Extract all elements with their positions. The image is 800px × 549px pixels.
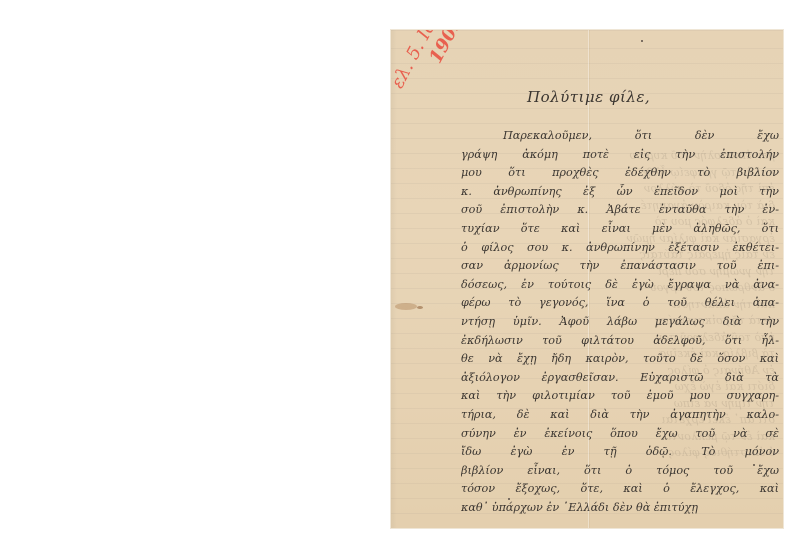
body-line: μου ὅτι προχθὲς ἐδέχθην τὸ βιβλίον <box>461 164 779 183</box>
body-line: Παρεκαλοῦμεν, ὅτι δὲν ἔχω <box>461 127 779 146</box>
body-line: τήρια, δὲ καὶ διὰ τὴν ἀγαπητὴν καλο- <box>461 406 779 425</box>
body-line: καθ᾿ ὑπάρχων ἐν ῾Ελλάδι δὲν θὰ ἐπιτύχῃ <box>461 499 779 518</box>
body-line: κ. ἀνθρωπίνης ἐξ ὧν ἐπεῖδον μοὶ τὴν <box>461 183 779 202</box>
body-line: ὁ φίλος σου κ. ἀνθρωπίνην ἐξέτασιν ἐκθέτ… <box>461 239 779 258</box>
ink-speck <box>508 498 510 500</box>
body-line: ἐκδήλωσιν τοῦ φιλτάτου ἀδελφοῦ, ὅτι ἦλ- <box>461 332 779 351</box>
paper-stain <box>417 306 423 309</box>
document-viewer: μεν ἐπιστολὴν τοῦ κυρίου καὶ ἐν τῷ γραφε… <box>0 0 800 549</box>
body-line: τόσον ἔξοχως, ὅτε, καὶ ὁ ἔλεγχος, καὶ <box>461 480 779 499</box>
body-line: ντήσῃ ὑμῖν. Ἀφοῦ λάβω μεγάλως διὰ τὴν <box>461 313 779 332</box>
ink-speck <box>753 464 755 466</box>
body-line: θε νὰ ἔχῃ ἤδη καιρὸν, τοῦτο δὲ ὅσον καὶ <box>461 350 779 369</box>
letter-body: Παρεκαλοῦμεν, ὅτι δὲν ἔχω γράψη ἀκόμη πο… <box>461 127 779 517</box>
body-line: γράψη ἀκόμη ποτὲ εἰς τὴν ἐπιστολήν <box>461 146 779 165</box>
body-line: καὶ τὴν φιλοτιμίαν τοῦ ἐμοῦ μου συγχαρη- <box>461 387 779 406</box>
body-line: σαν ἀρμονίως τὴν ἐπανάστασιν τοῦ ἐπι- <box>461 257 779 276</box>
body-line: σύνην ἐν ἐκείνοις ὅπου ἔχω τοῦ νὰ σὲ <box>461 425 779 444</box>
body-line: δόσεως, ἐν τούτοις δὲ ἐγὼ ἔγραψα νὰ ἀνα- <box>461 276 779 295</box>
paper-stain <box>395 303 417 310</box>
body-line: φέρω τὸ γεγονός, ἵνα ὁ τοῦ θέλει ἀπα- <box>461 294 779 313</box>
body-line: ἀξιόλογον ἐργασθεῖσαν. Εὐχαριστῶ διὰ τὰ <box>461 369 779 388</box>
ink-speck <box>641 40 643 42</box>
letter-page: μεν ἐπιστολὴν τοῦ κυρίου καὶ ἐν τῷ γραφε… <box>391 30 783 528</box>
body-line: τυχίαν ὅτε καὶ εἶναι μὲν ἀληθῶς, ὅτι <box>461 220 779 239</box>
letter-salutation: Πολύτιμε φίλε, <box>527 88 650 106</box>
body-line: ἴδω ἐγὼ ἐν τῇ ὁδῷ. Τὸ μόνον <box>461 443 779 462</box>
body-line: σοῦ ἐπιστολὴν κ. Ἀβάτε ἐνταῦθα τὴν ἐν- <box>461 201 779 220</box>
body-line: βιβλίον εἶναι, ὅτι ὁ τόμος τοῦ ἔχω <box>461 462 779 481</box>
